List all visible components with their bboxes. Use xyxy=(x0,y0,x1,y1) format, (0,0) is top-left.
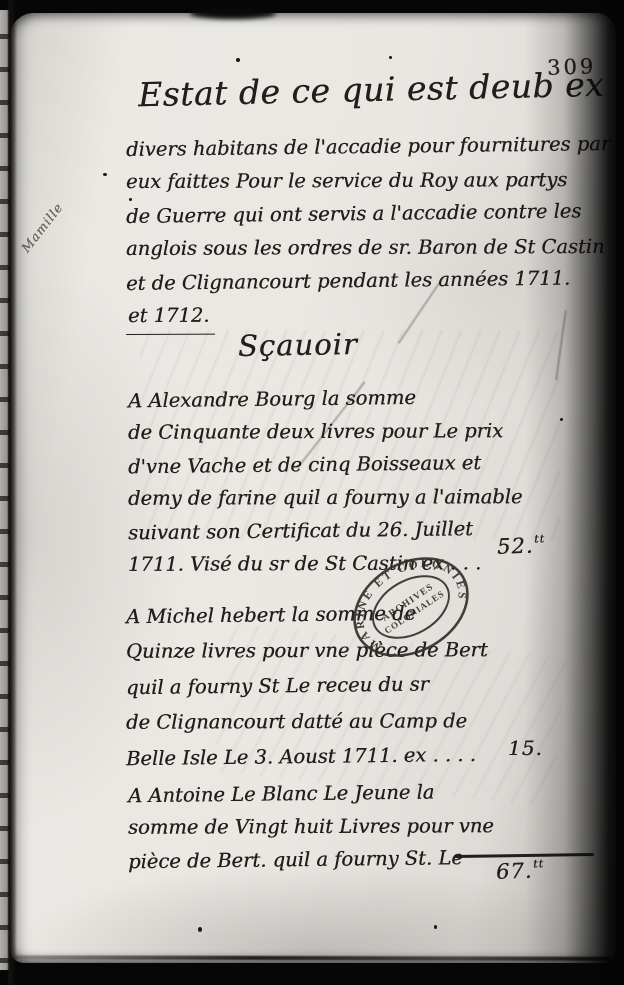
section-heading-scavoir: Sçauoir xyxy=(238,327,358,363)
ink-speck xyxy=(103,173,107,176)
ink-speck xyxy=(434,925,437,929)
manuscript-line: Belle Isle Le 3. Aoust 1711. ex . . . . xyxy=(126,737,488,777)
manuscript-line: de Cinquante deux livres pour Le prix xyxy=(128,414,523,449)
binding-gutter-shadow xyxy=(8,0,17,985)
ink-speck xyxy=(236,58,240,62)
manuscript-line: A Antoine Le Blanc Le Jeune la xyxy=(128,775,494,812)
scanned-manuscript-page: 309 Mamille Estat de ce qui est deub ex … xyxy=(0,0,624,985)
manuscript-line: d'vne Vache et de cinq Boisseaux et xyxy=(128,446,523,484)
underlined-year: et 1712. xyxy=(126,298,216,334)
ink-speck xyxy=(198,927,202,932)
manuscript-line: pièce de Bert. quil a fourny St. Le xyxy=(128,841,494,878)
ledger-entry-antoine-leblanc: A Antoine Le Blanc Le Jeune la somme de … xyxy=(128,777,494,876)
ink-speck xyxy=(389,56,392,59)
manuscript-line: quil a fourny St Le receu du sr xyxy=(126,666,488,706)
page-curvature-shadow xyxy=(524,0,624,985)
scan-edge-artifact xyxy=(190,8,276,19)
manuscript-line: somme de Vingt huit Livres pour vne xyxy=(128,809,494,844)
manuscript-line: demy de farine quil a fourny a l'aimable xyxy=(128,480,523,515)
manuscript-line: de Clignancourt datté au Camp de xyxy=(126,703,488,740)
manuscript-line: A Alexandre Bourg la somme xyxy=(128,380,523,418)
